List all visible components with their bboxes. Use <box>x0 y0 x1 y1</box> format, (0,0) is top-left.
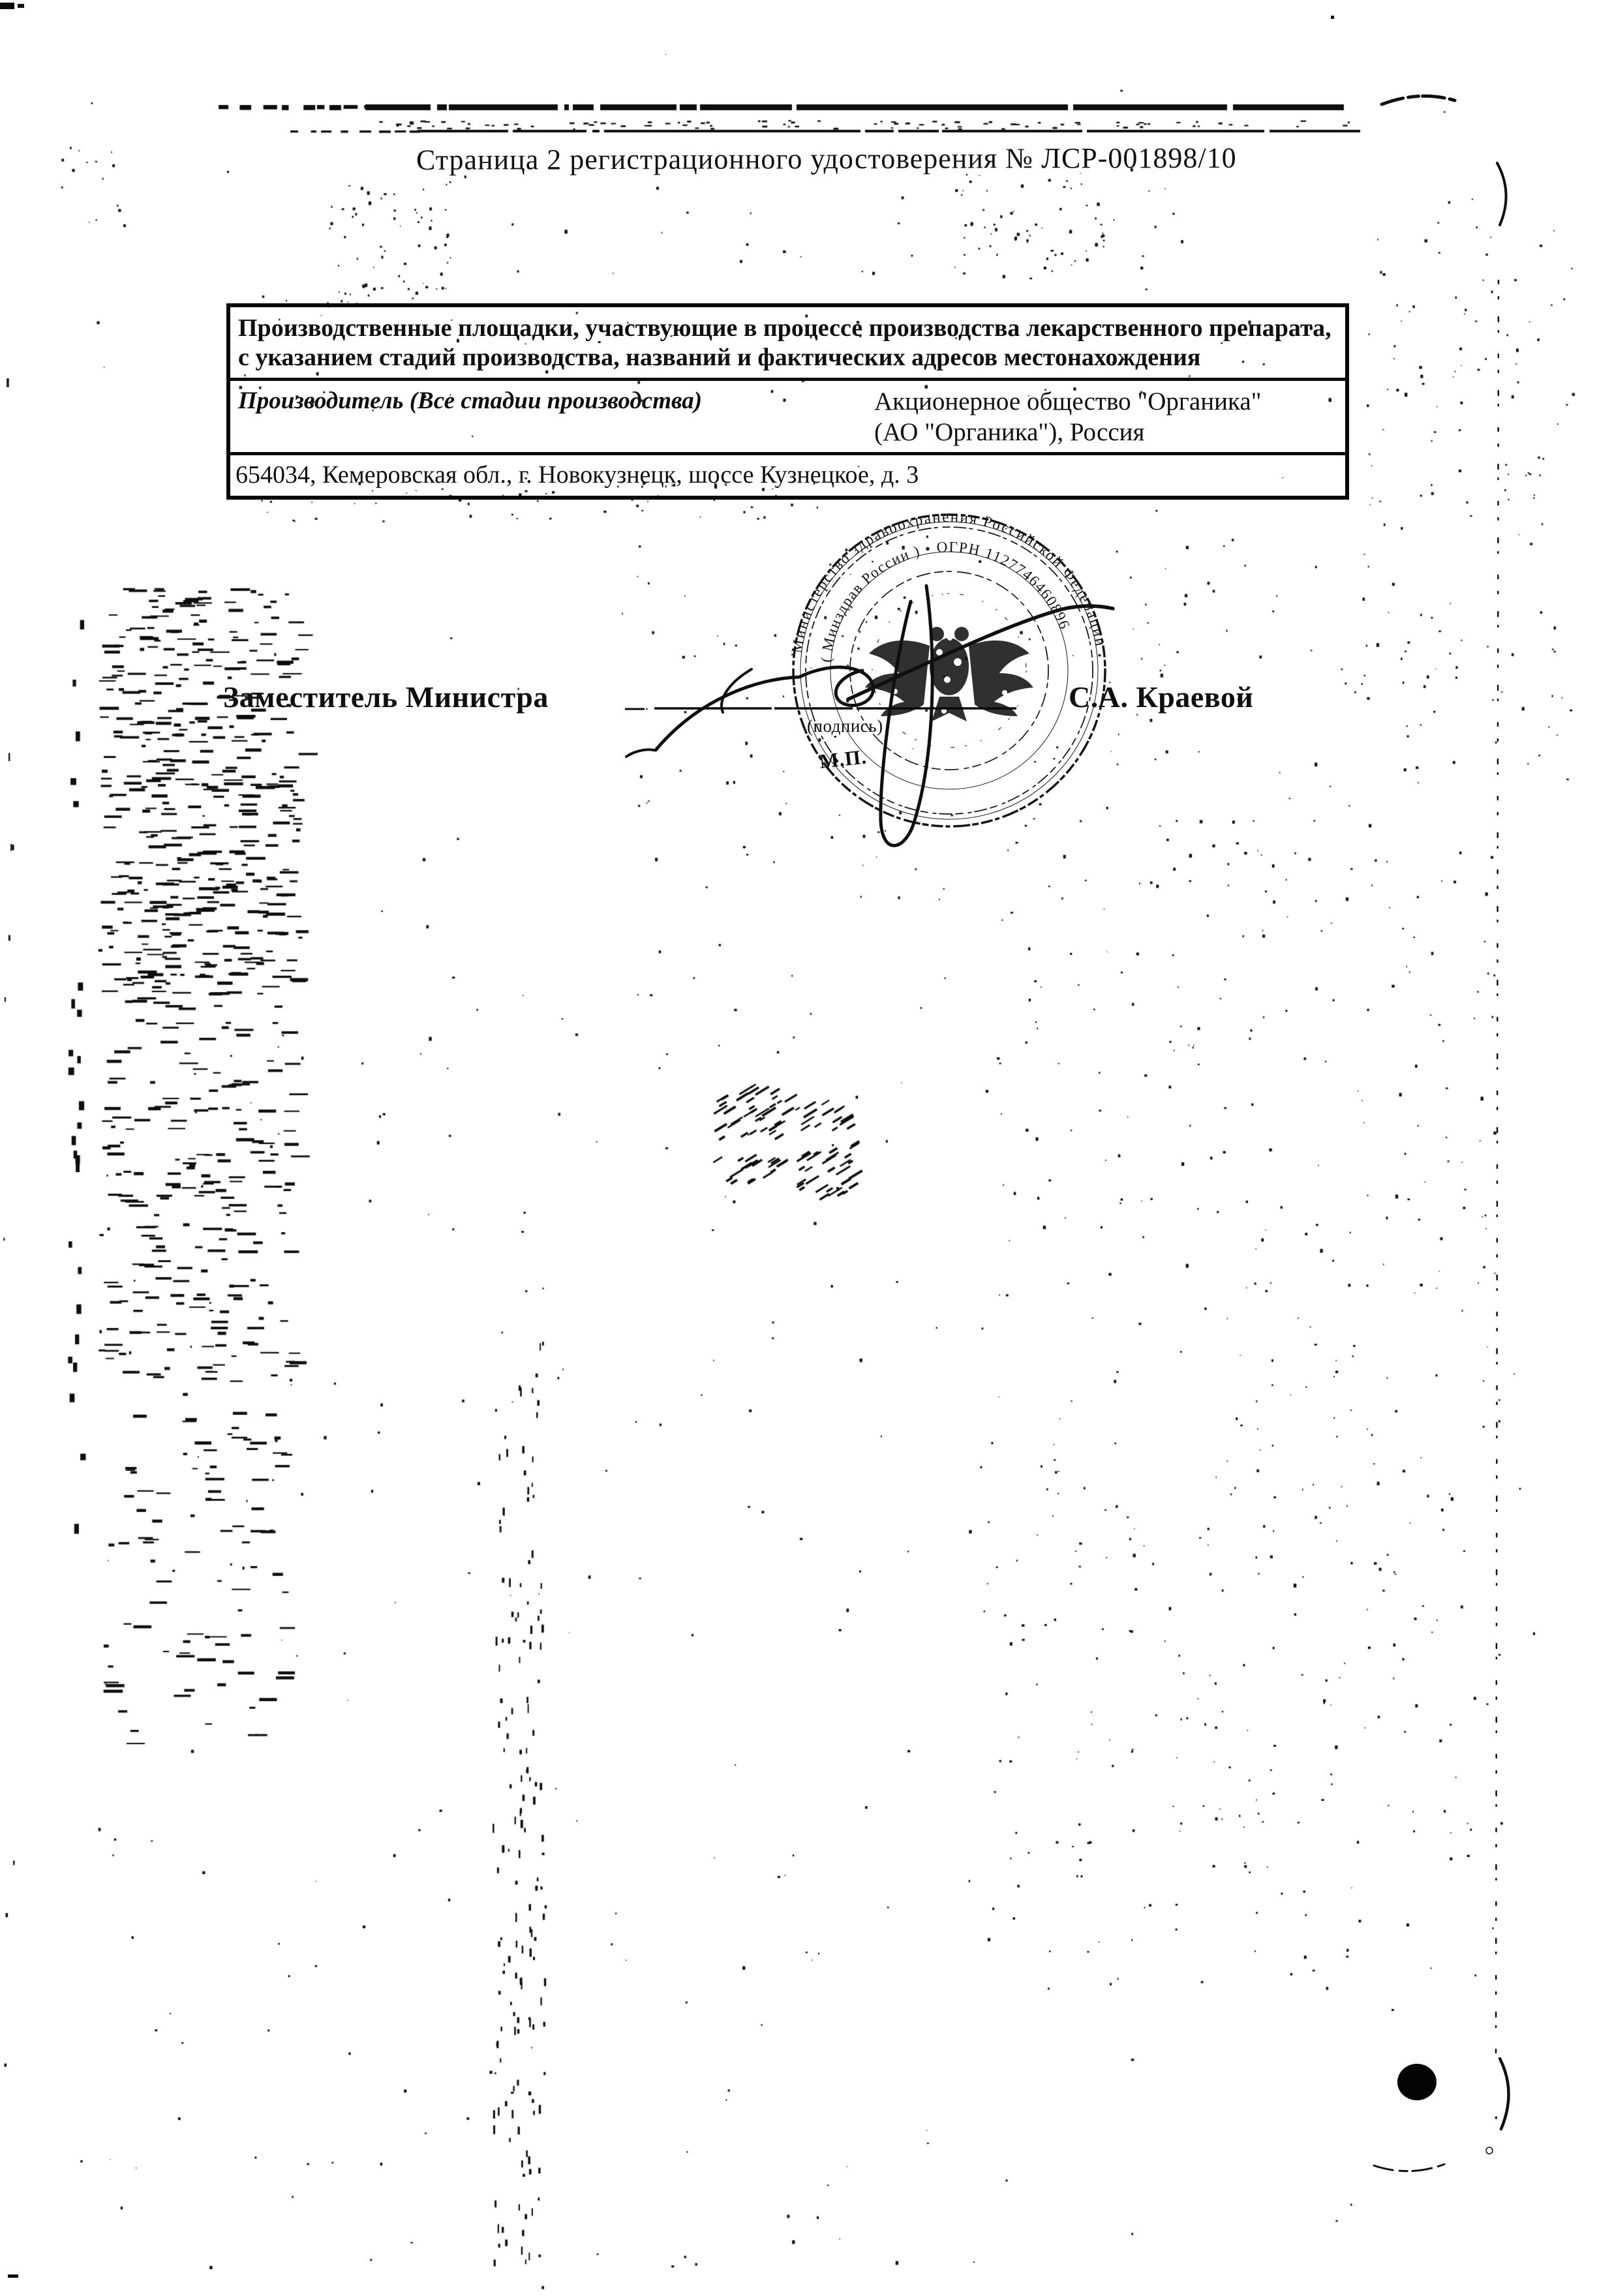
table-row: Производитель (Все стадии производства) … <box>230 381 1345 455</box>
scanned-certificate-page: Страница 2 регистрационного удостоверени… <box>0 0 1597 2296</box>
stamp-ring-4 <box>872 594 1026 748</box>
stamp-ring-3 <box>850 571 1048 770</box>
bottom-ring-mark <box>1486 2147 1493 2154</box>
signature-caption: (подпись) <box>807 716 883 736</box>
punch-hole-dot <box>1397 2064 1437 2100</box>
edge-curl-top-right <box>1497 163 1506 225</box>
production-table: Производственные площадки, участвующие в… <box>226 303 1349 500</box>
producer-value-cell: Акционерное общество "Органика" (АО "Орг… <box>866 381 1345 452</box>
table-header-cell: Производственные площадки, участвующие в… <box>230 307 1345 381</box>
corner-mark-top-left <box>0 3 14 9</box>
producer-label-cell: Производитель (Все стадии производства) <box>230 381 866 452</box>
deputy-minister-title: Заместитель Министра <box>223 680 549 714</box>
page-title: Страница 2 регистрационного удостоверени… <box>416 141 1277 176</box>
stamp-outer-text: Министерство здравоохранения Российской … <box>788 509 1109 654</box>
edge-curl-bottom-right <box>1500 2059 1509 2129</box>
page-edge-line-right <box>1496 280 1498 2055</box>
mark-bottom-left <box>8 2274 18 2278</box>
signer-name: С.А. Краевой <box>1069 680 1253 714</box>
official-stamp: Министерство здравоохранения Российской … <box>788 509 1109 826</box>
stamp-outer-ring <box>793 515 1105 826</box>
edge-arc-top-right <box>1382 96 1455 104</box>
producer-name-line2: (АО "Органика"), Россия <box>874 417 1340 448</box>
svg-text:Министерство здравоохранения Р: Министерство здравоохранения Российской … <box>788 509 1109 654</box>
stamp-ring-2 <box>806 527 1093 814</box>
eagle-emblem-icon <box>865 627 1033 721</box>
stamp-inner-text: ( Минздрав России ) • ОГРН 1127746460896 <box>817 539 1073 663</box>
signature-line <box>625 708 1016 709</box>
mark-top-right-dot <box>1331 16 1334 19</box>
seal-placeholder: М.П. <box>818 745 868 773</box>
bottom-arc-mark <box>1374 2164 1444 2171</box>
svg-text:( Минздрав России ) • ОГРН: ( Минздрав России ) • ОГРН 1127746460896 <box>817 539 1073 663</box>
producer-name-line1: Акционерное общество "Органика" <box>874 386 1340 417</box>
producer-address-cell: 654034, Кемеровская обл., г. Новокузнецк… <box>230 455 1345 496</box>
